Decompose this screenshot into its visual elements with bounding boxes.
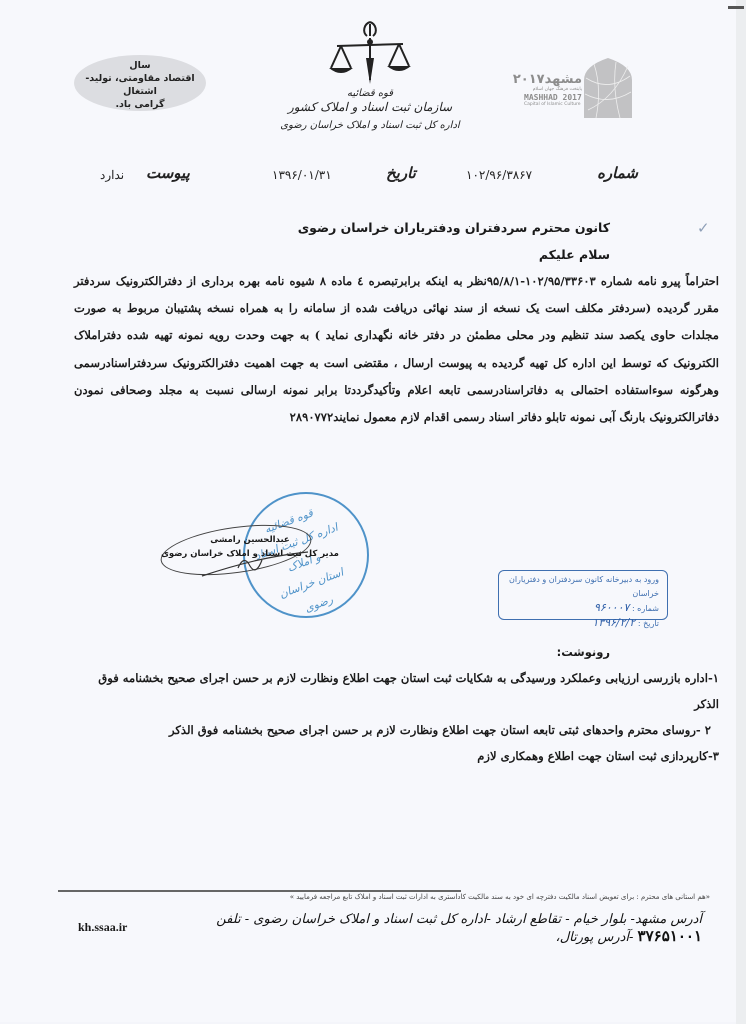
stamp-date-label: تاریخ : <box>638 619 659 628</box>
judiciary-scales-emblem-icon <box>325 20 415 90</box>
stamp-number-value: ۹۶۰۰۰۷ <box>594 601 629 614</box>
motto-line-1: سال <box>74 59 206 72</box>
letter-body: احتراماً پیرو نامه شماره ۱۰۲/۹۵/۳۳۶۰۳-۹۵… <box>74 268 719 431</box>
attachment-label: پیوست <box>146 164 190 182</box>
letter-page: سال اقتصاد مقاومتی، تولید-اشتغال گرامی ب… <box>0 0 738 1022</box>
date-value: ۱۳۹۶/۰۱/۳۱ <box>272 168 332 182</box>
stamp-date-value: ۱۳۹۶/۲/۲ <box>592 616 635 629</box>
greeting: سلام علیکم <box>539 247 610 262</box>
judiciary-name: قوه قضائیه <box>270 88 470 99</box>
stamp-number-label: شماره : <box>632 604 659 613</box>
mashhad-tagline: Capital of Islamic Culture <box>524 102 582 108</box>
organization-title: قوه قضائیه سازمان ثبت اسناد و املاک کشور… <box>270 88 470 131</box>
footer-divider <box>58 890 461 892</box>
motto-line-3: گرامی باد. <box>74 98 206 111</box>
handwritten-signature-icon <box>198 548 318 578</box>
scan-edge-mark <box>728 6 744 9</box>
receipt-stamp: ورود به دبیرخانه کانون سردفتران و دفتریا… <box>498 570 668 620</box>
footer-address: آدرس مشهد- بلوار خیام - تقاطع ارشاد -ادا… <box>180 912 702 945</box>
address-text: آدرس مشهد- بلوار خیام - تقاطع ارشاد -ادا… <box>216 912 702 927</box>
signatory-name: عبدالحسین رامشی <box>160 533 340 547</box>
mashhad-latin: MASHHAD 2017 <box>524 93 582 102</box>
portal-label: -آدرس پورتال، <box>556 930 634 945</box>
footer-notice: «هم استانی های محترم : برای تعویض اسناد … <box>150 893 710 901</box>
number-value: ۱۰۲/۹۶/۳۸۶۷ <box>466 168 532 182</box>
number-label: شماره <box>597 164 638 182</box>
year-motto-badge: سال اقتصاد مقاومتی، تولید-اشتغال گرامی ب… <box>74 55 206 111</box>
addressee: کانون محترم سردفتران ودفتریاران خراسان ر… <box>298 220 610 235</box>
cc-item: ۱-اداره بازرسی ارزیابی وعملکرد ورسیدگی ب… <box>74 665 719 717</box>
scan-edge <box>736 0 746 1024</box>
letter-number: شماره <box>597 164 638 182</box>
phone-number: ۳۷۶۵۱۰۰۱ <box>638 927 702 945</box>
cc-title: رونوشت: <box>557 645 610 659</box>
cc-item: ۳-کارپردازی ثبت استان جهت اطلاع وهمکاری … <box>74 743 719 769</box>
stamp-heading: ورود به دبیرخانه کانون سردفتران و دفتریا… <box>507 573 659 601</box>
mashhad-title: مشهد۲۰۱۷ <box>524 72 582 87</box>
cc-list: ۱-اداره بازرسی ارزیابی وعملکرد ورسیدگی ب… <box>74 665 719 769</box>
registry-org-name: سازمان ثبت اسناد و املاک کشور <box>270 100 470 114</box>
checkmark-icon: ✓ <box>697 219 710 237</box>
date-label: تاریخ <box>386 164 416 182</box>
motto-line-2: اقتصاد مقاومتی، تولید-اشتغال <box>74 72 206 98</box>
website-link[interactable]: kh.ssaa.ir <box>78 920 127 935</box>
attachment-value: ندارد <box>100 168 124 182</box>
cc-item: ۲ -روسای محترم واحدهای ثبتی تابعه استان … <box>74 717 719 743</box>
mashhad-2017-text: مشهد۲۰۱۷ پایتخت فرهنگ جهان اسلام MASHHAD… <box>524 72 582 108</box>
province-office-name: اداره کل ثبت اسناد و املاک خراسان رضوی <box>270 120 470 131</box>
